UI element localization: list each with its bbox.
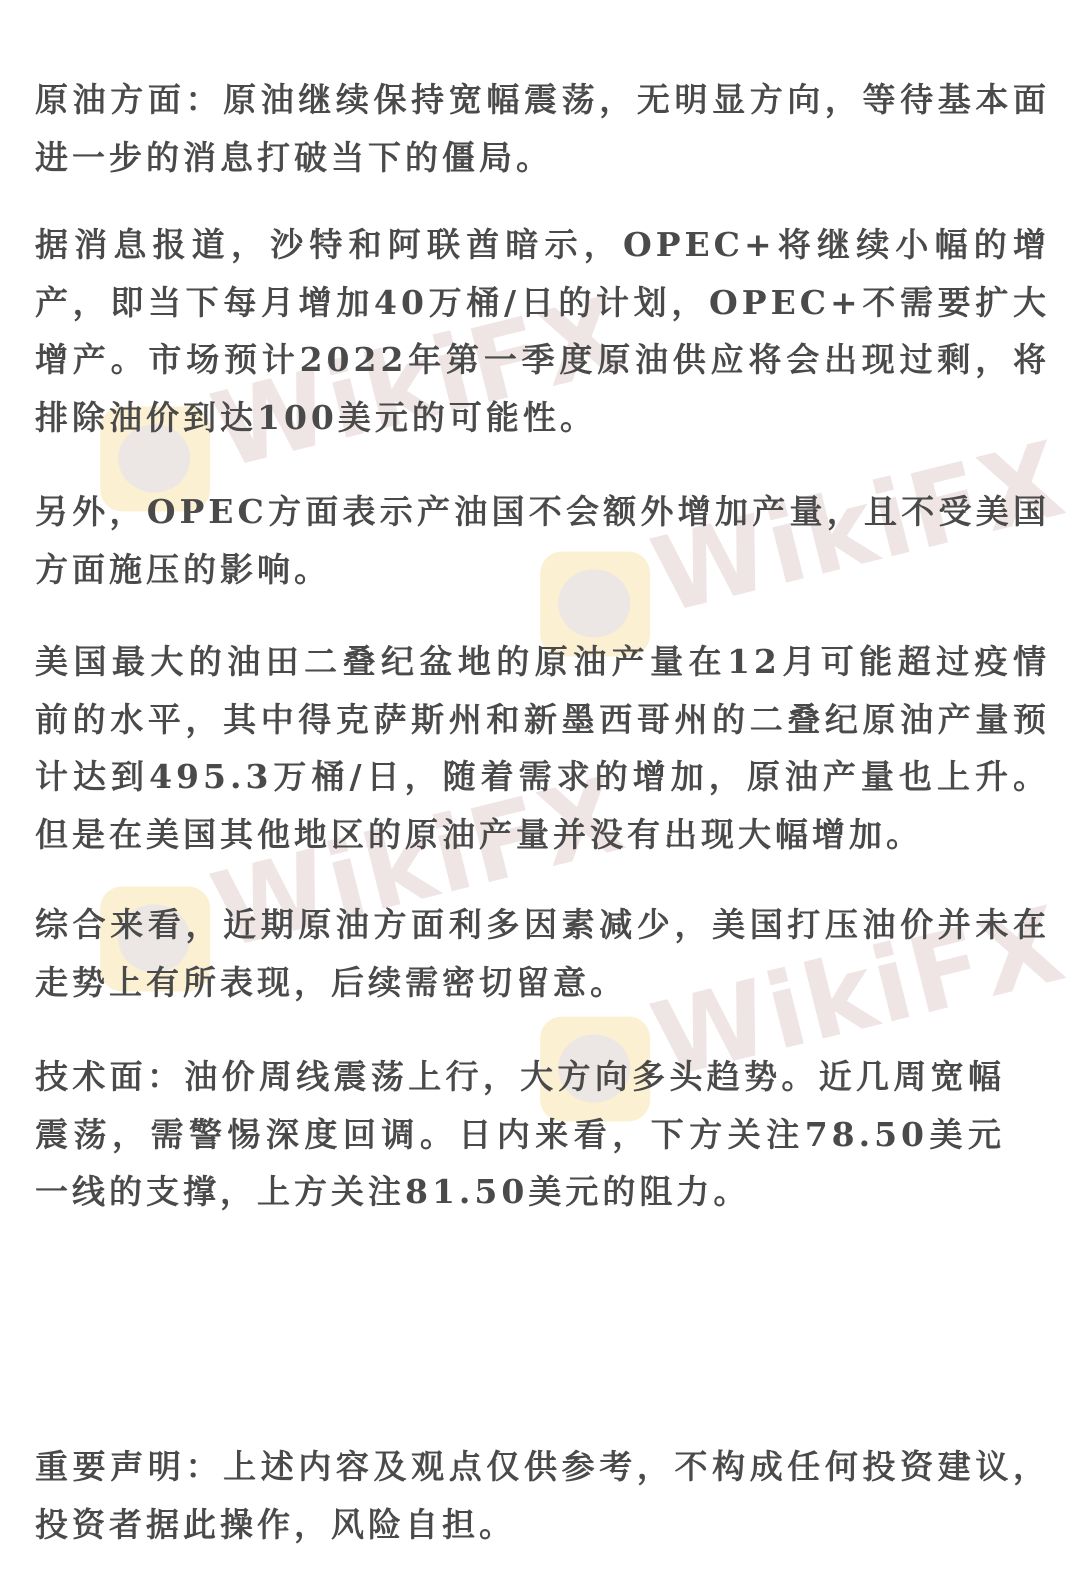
- paragraph-opec-report: 据消息报道，沙特和阿联酋暗示，OPEC+将继续小幅的增产，即当下每月增加40万桶…: [35, 216, 1050, 446]
- paragraph-technical: 技术面：油价周线震荡上行，大方向多头趋势。近几周宽幅震荡，需警惕深度回调。日内来…: [35, 1048, 1005, 1221]
- paragraph-summary: 综合来看，近期原油方面利多因素减少，美国打压油价并未在走势上有所表现，后续需密切…: [35, 896, 1050, 1011]
- paragraph-permian-output: 美国最大的油田二叠纪盆地的原油产量在12月可能超过疫情前的水平，其中得克萨斯州和…: [35, 633, 1050, 863]
- paragraph-crude-overview: 原油方面：原油继续保持宽幅震荡，无明显方向，等待基本面进一步的消息打破当下的僵局…: [35, 71, 1050, 186]
- paragraph-disclaimer: 重要声明：上述内容及观点仅供参考，不构成任何投资建议，投资者据此操作，风险自担。: [35, 1438, 1050, 1553]
- paragraph-opec-statement: 另外，OPEC方面表示产油国不会额外增加产量，且不受美国方面施压的影响。: [35, 483, 1050, 598]
